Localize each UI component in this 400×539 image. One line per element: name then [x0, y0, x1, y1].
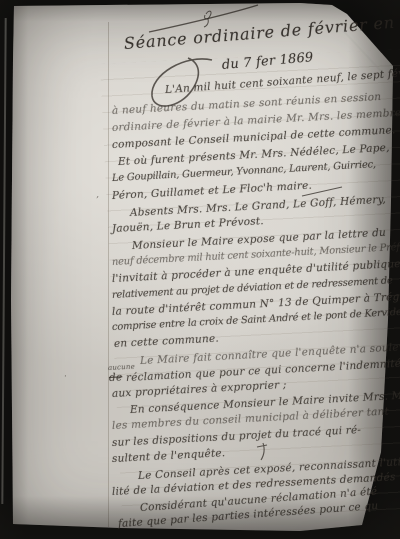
- ink-speck: ’: [96, 196, 99, 206]
- ink-speck: ·: [64, 372, 67, 382]
- struck-word: de: [109, 371, 123, 384]
- manuscript-photo: Séance ordinaire de février en date du 7…: [0, 0, 400, 539]
- margin-rule-line: [108, 22, 109, 527]
- book-binding-edge: [1, 18, 6, 504]
- ink-speck: ,: [160, 498, 163, 508]
